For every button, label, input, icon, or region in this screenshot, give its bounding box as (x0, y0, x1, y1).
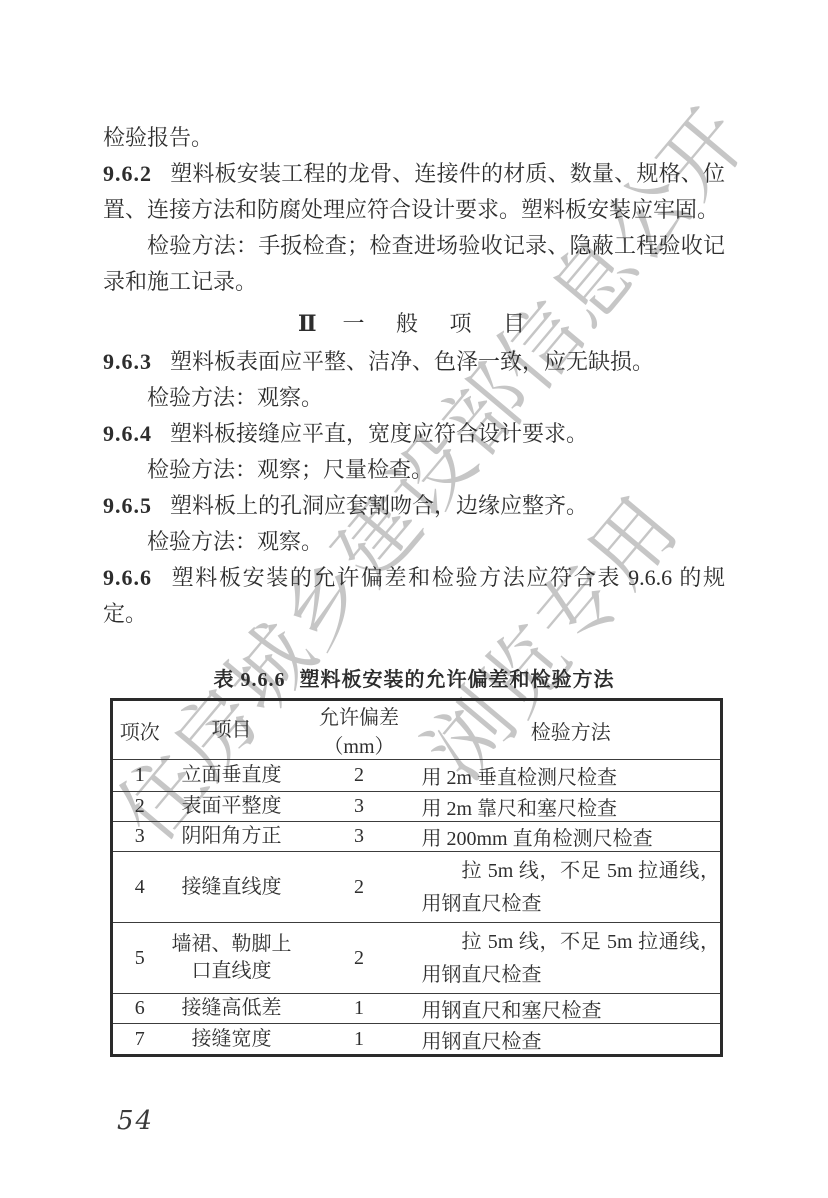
table-row: 7 接缝宽度 1 用钢直尺检查 (112, 1024, 722, 1056)
cell-dev: 2 (297, 852, 422, 923)
table-header-row: 项次 项目 允许偏差（mm） 检验方法 (112, 700, 722, 760)
cell-no: 1 (112, 760, 167, 792)
cell-dev: 1 (297, 994, 422, 1024)
cell-method: 拉 5m 线，不足 5m 拉通线，用钢直尺检查 (422, 923, 722, 994)
table-row: 3 阴阳角方正 3 用 200mm 直角检测尺检查 (112, 822, 722, 852)
cell-no: 2 (112, 792, 167, 822)
cell-dev: 1 (297, 1024, 422, 1056)
column-header-item: 项目 (167, 700, 297, 760)
cell-method: 拉 5m 线，不足 5m 拉通线，用钢直尺检查 (422, 852, 722, 923)
cell-method: 用 2m 靠尺和塞尺检查 (422, 792, 722, 822)
clause-9-6-4: 9.6.4塑料板接缝应平直，宽度应符合设计要求。 (103, 416, 725, 452)
clause-text: 塑料板安装的允许偏差和检验方法应符合表 9.6.6 的规定。 (103, 565, 725, 626)
deviation-table: 项次 项目 允许偏差（mm） 检验方法 1 立面垂直度 2 用 2m 垂直检测尺… (110, 698, 723, 1057)
section-heading-numeral: Ⅱ (298, 311, 317, 336)
section-heading-label: 一 般 项 目 (343, 311, 531, 336)
method-paragraph: 检验方法：观察。 (103, 524, 725, 560)
cell-no: 7 (112, 1024, 167, 1056)
cell-item: 接缝直线度 (167, 852, 297, 923)
clause-9-6-2: 9.6.2塑料板安装工程的龙骨、连接件的材质、数量、规格、位置、连接方法和防腐处… (103, 156, 725, 228)
clause-text: 塑料板安装工程的龙骨、连接件的材质、数量、规格、位置、连接方法和防腐处理应符合设… (103, 161, 725, 222)
table-row: 5 墙裙、勒脚上口直线度 2 拉 5m 线，不足 5m 拉通线，用钢直尺检查 (112, 923, 722, 994)
cell-no: 5 (112, 923, 167, 994)
section-heading: Ⅱ一 般 项 目 (103, 306, 725, 342)
cell-method: 用钢直尺和塞尺检查 (422, 994, 722, 1024)
cell-method-text: 拉 5m 线，不足 5m 拉通线，用钢直尺检查 (422, 853, 721, 921)
column-header-deviation: 允许偏差（mm） (297, 700, 422, 760)
cell-method-text: 拉 5m 线，不足 5m 拉通线，用钢直尺检查 (422, 924, 721, 992)
clause-number: 9.6.2 (103, 161, 152, 186)
cell-method: 用钢直尺检查 (422, 1024, 722, 1056)
clause-9-6-5: 9.6.5塑料板上的孔洞应套割吻合，边缘应整齐。 (103, 488, 725, 524)
table-row: 1 立面垂直度 2 用 2m 垂直检测尺检查 (112, 760, 722, 792)
page-number: 54 (117, 1106, 154, 1136)
table-caption: 表 9.6.6塑料板安装的允许偏差和检验方法 (103, 663, 725, 692)
clause-9-6-6: 9.6.6塑料板安装的允许偏差和检验方法应符合表 9.6.6 的规定。 (103, 560, 725, 632)
cell-dev: 2 (297, 760, 422, 792)
method-paragraph: 检验方法：手扳检查；检查进场验收记录、隐蔽工程验收记录和施工记录。 (103, 228, 725, 300)
clause-9-6-3: 9.6.3塑料板表面应平整、洁净、色泽一致，应无缺损。 (103, 344, 725, 380)
table-row: 4 接缝直线度 2 拉 5m 线，不足 5m 拉通线，用钢直尺检查 (112, 852, 722, 923)
clause-number: 9.6.4 (103, 421, 152, 446)
table-caption-number: 表 9.6.6 (214, 669, 286, 691)
cell-item: 阴阳角方正 (167, 822, 297, 852)
clause-text: 塑料板表面应平整、洁净、色泽一致，应无缺损。 (170, 349, 654, 374)
cell-no: 4 (112, 852, 167, 923)
cell-method: 用 2m 垂直检测尺检查 (422, 760, 722, 792)
clause-text: 塑料板上的孔洞应套割吻合，边缘应整齐。 (170, 493, 588, 518)
cell-item: 立面垂直度 (167, 760, 297, 792)
table-row: 6 接缝高低差 1 用钢直尺和塞尺检查 (112, 994, 722, 1024)
page-body: 检验报告。 9.6.2塑料板安装工程的龙骨、连接件的材质、数量、规格、位置、连接… (103, 120, 725, 632)
cell-item: 表面平整度 (167, 792, 297, 822)
column-header-method: 检验方法 (422, 700, 722, 760)
cell-no: 6 (112, 994, 167, 1024)
clause-number: 9.6.6 (103, 565, 152, 590)
cell-dev: 3 (297, 792, 422, 822)
table-row: 2 表面平整度 3 用 2m 靠尺和塞尺检查 (112, 792, 722, 822)
method-paragraph: 检验方法：观察。 (103, 380, 725, 416)
cell-item: 接缝宽度 (167, 1024, 297, 1056)
paragraph-continuation: 检验报告。 (103, 120, 725, 156)
clause-number: 9.6.3 (103, 349, 152, 374)
cell-dev: 2 (297, 923, 422, 994)
clause-text: 塑料板接缝应平直，宽度应符合设计要求。 (170, 421, 588, 446)
clause-number: 9.6.5 (103, 493, 152, 518)
table-caption-title: 塑料板安装的允许偏差和检验方法 (300, 669, 615, 691)
method-paragraph: 检验方法：观察；尺量检查。 (103, 452, 725, 488)
cell-item: 接缝高低差 (167, 994, 297, 1024)
cell-no: 3 (112, 822, 167, 852)
cell-method: 用 200mm 直角检测尺检查 (422, 822, 722, 852)
cell-item: 墙裙、勒脚上口直线度 (167, 923, 297, 994)
column-header-item-no: 项次 (112, 700, 167, 760)
document-page: { "colors": { "text": "#2d2d2d", "waterm… (0, 0, 828, 1198)
cell-dev: 3 (297, 822, 422, 852)
